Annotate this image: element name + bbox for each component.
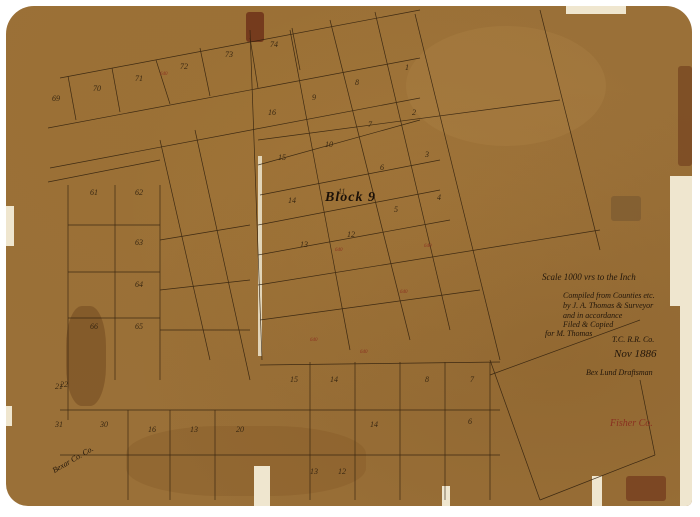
acreage-label: 640 <box>335 248 343 253</box>
section-label: 64 <box>135 280 143 289</box>
section-label: 65 <box>135 322 143 331</box>
section-label: 12 <box>338 467 346 476</box>
section-label: 13 <box>190 425 198 434</box>
section-label: 66 <box>90 322 98 331</box>
section-label: 74 <box>270 40 278 49</box>
signature: Bex Lund Draftsman <box>586 368 653 377</box>
compiled-note-line: Filed & Copied <box>563 320 613 329</box>
section-label: 62 <box>135 188 143 197</box>
section-label: 30 <box>100 420 108 429</box>
compiled-note-line: Compiled from Counties etc. <box>563 291 655 300</box>
map-date: Nov 1886 <box>614 348 656 360</box>
section-label: 14 <box>288 196 296 205</box>
railway-note: T.C. R.R. Co. <box>612 335 654 344</box>
section-label: 4 <box>437 193 441 202</box>
section-label: 7 <box>368 120 372 129</box>
acreage-label: 640 <box>160 72 168 77</box>
section-label: 10 <box>325 140 333 149</box>
map-title-block-9: Block 9 <box>325 190 376 206</box>
section-label: 15 <box>278 153 286 162</box>
section-label: 69 <box>52 94 60 103</box>
section-label: 63 <box>135 238 143 247</box>
section-label: 7 <box>470 375 474 384</box>
section-label: 11 <box>338 187 345 196</box>
section-label: 8 <box>425 375 429 384</box>
section-label: 73 <box>225 50 233 59</box>
scale-note: Scale 1000 vrs to the Inch <box>542 272 636 282</box>
section-label: 70 <box>93 84 101 93</box>
section-label: 6 <box>468 417 472 426</box>
section-label: 13 <box>300 240 308 249</box>
section-label: 15 <box>290 375 298 384</box>
section-label: 71 <box>135 74 143 83</box>
section-label: 6 <box>380 163 384 172</box>
survey-grid-lines <box>0 0 700 517</box>
section-label: 16 <box>148 425 156 434</box>
acreage-label: 640 <box>424 244 432 249</box>
acreage-label: 640 <box>400 290 408 295</box>
section-label: 22 <box>60 380 68 389</box>
section-label: 31 <box>55 420 63 429</box>
section-label: 3 <box>425 150 429 159</box>
section-label: 16 <box>268 108 276 117</box>
red-annotation: Fisher Co. <box>610 418 653 429</box>
section-label: 13 <box>310 467 318 476</box>
section-label: 2 <box>412 108 416 117</box>
section-label: 12 <box>347 230 355 239</box>
compiled-note-line: and in accordance <box>563 311 622 320</box>
section-label: 1 <box>405 63 409 72</box>
section-label: 8 <box>355 78 359 87</box>
section-label: 72 <box>180 62 188 71</box>
section-label: 14 <box>330 375 338 384</box>
section-label: 9 <box>312 93 316 102</box>
acreage-label: 640 <box>360 350 368 355</box>
section-label: 61 <box>90 188 98 197</box>
section-label: 5 <box>394 205 398 214</box>
compiled-note-line: for M. Thomas <box>545 329 592 338</box>
acreage-label: 640 <box>310 338 318 343</box>
section-label: 14 <box>370 420 378 429</box>
section-label: 20 <box>236 425 244 434</box>
compiled-note-line: by J. A. Thomas & Surveyor <box>563 301 653 310</box>
